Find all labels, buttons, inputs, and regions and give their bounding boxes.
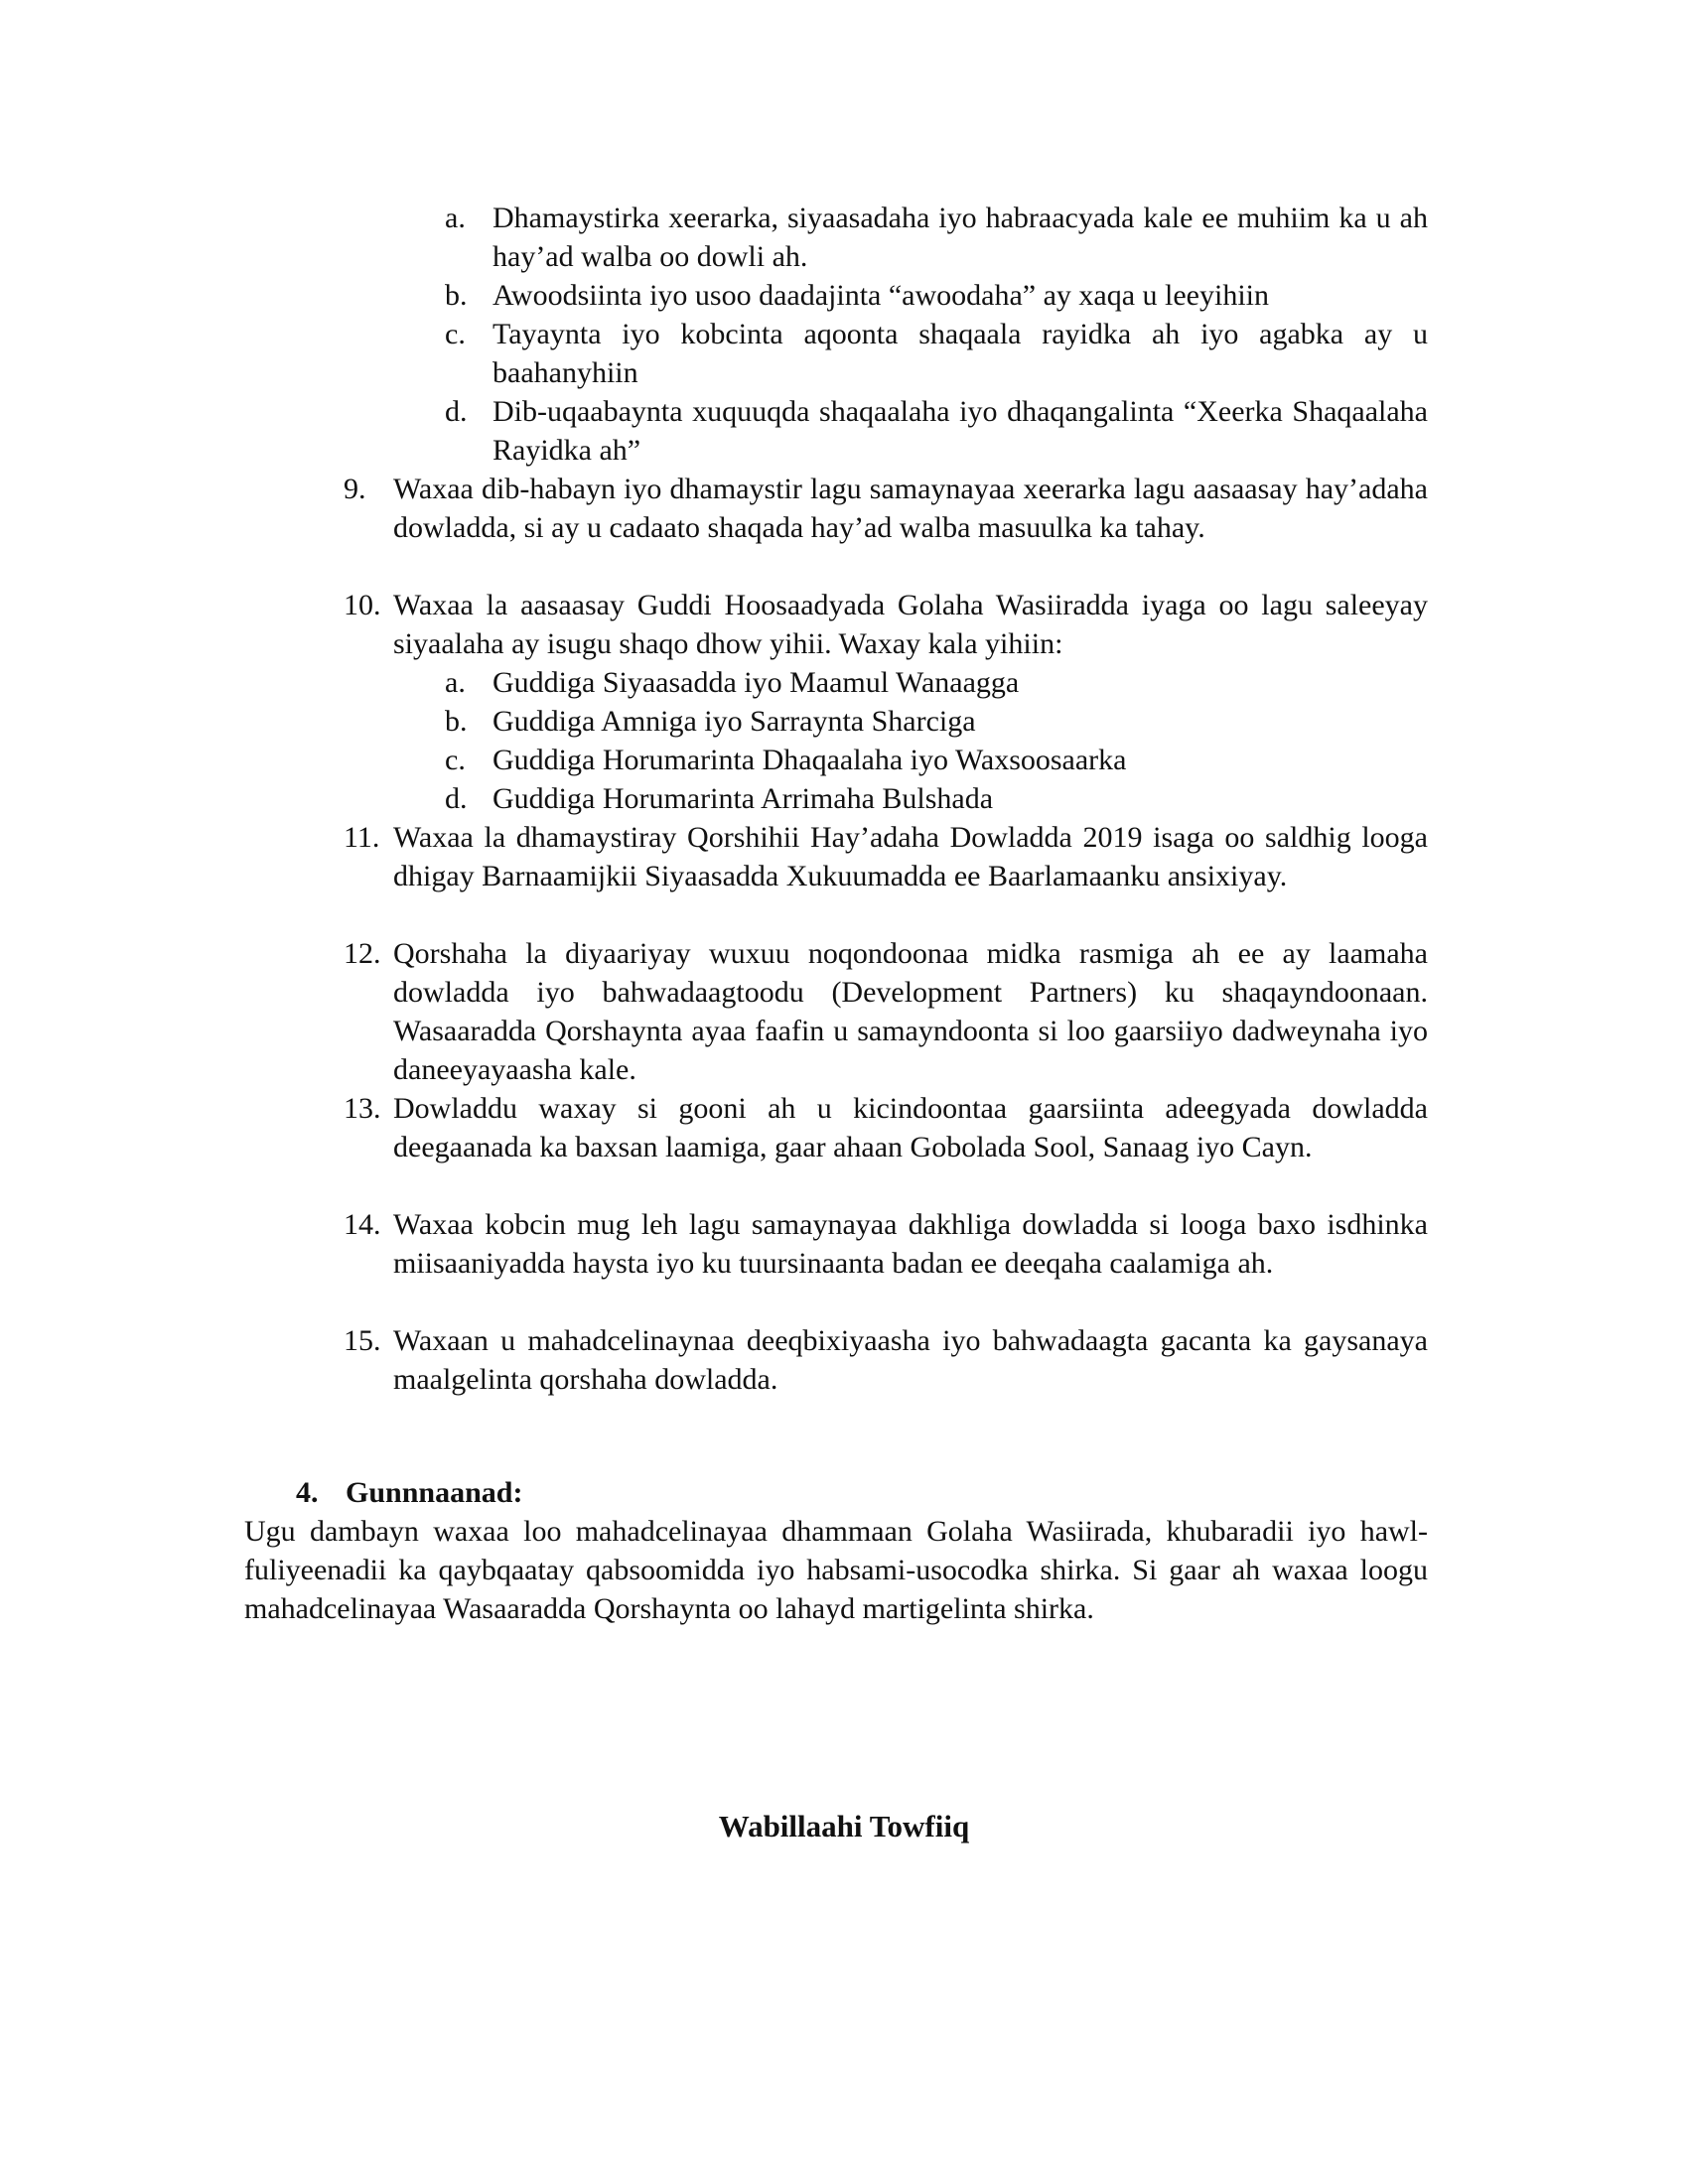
numbered-item: 14. Waxaa kobcin mug leh lagu samaynayaa… bbox=[344, 1205, 1428, 1283]
list-text: Qorshaha la diyaariyay wuxuu noqondoonaa… bbox=[393, 934, 1428, 1089]
list-marker: 9. bbox=[344, 470, 393, 547]
list-marker: a. bbox=[445, 199, 492, 276]
conclusion-paragraph: Ugu dambayn waxaa loo mahadcelinayaa dha… bbox=[244, 1512, 1428, 1628]
list-marker: d. bbox=[445, 779, 492, 818]
list-marker: 12. bbox=[344, 934, 393, 1089]
sublist-item: d. Dib-uqaabaynta xuquuqda shaqaalaha iy… bbox=[445, 392, 1428, 470]
document-page: a. Dhamaystirka xeerarka, siyaasadaha iy… bbox=[0, 0, 1688, 2184]
closing-signature: Wabillaahi Towfiiq bbox=[0, 1809, 1688, 1844]
list-text: Guddiga Amniga iyo Sarraynta Sharciga bbox=[492, 702, 1428, 741]
list-marker: d. bbox=[445, 392, 492, 470]
list-text: Guddiga Horumarinta Dhaqaalaha iyo Waxso… bbox=[492, 741, 1428, 779]
list-marker: 13. bbox=[344, 1089, 393, 1166]
numbered-item: 9. Waxaa dib-habayn iyo dhamaystir lagu … bbox=[344, 470, 1428, 547]
section-title: Gunnnaanad: bbox=[346, 1476, 522, 1509]
numbered-item: 13. Dowladdu waxay si gooni ah u kicindo… bbox=[344, 1089, 1428, 1166]
sublist-item: b. Guddiga Amniga iyo Sarraynta Sharciga bbox=[445, 702, 1428, 741]
list-text: Guddiga Siyaasadda iyo Maamul Wanaagga bbox=[492, 663, 1428, 702]
list-text: Waxaa dib-habayn iyo dhamaystir lagu sam… bbox=[393, 470, 1428, 547]
list-marker: a. bbox=[445, 663, 492, 702]
sublist-item: c. Guddiga Horumarinta Dhaqaalaha iyo Wa… bbox=[445, 741, 1428, 779]
list-text: Tayaynta iyo kobcinta aqoonta shaqaala r… bbox=[492, 315, 1428, 392]
list-marker: 10. bbox=[344, 586, 393, 663]
sublist-item: a. Guddiga Siyaasadda iyo Maamul Wanaagg… bbox=[445, 663, 1428, 702]
list-text: Waxaa la dhamaystiray Qorshihii Hay’adah… bbox=[393, 818, 1428, 895]
list-text: Waxaa la aasaasay Guddi Hoosaadyada Gola… bbox=[393, 586, 1428, 663]
section-heading: 4.Gunnnaanad: bbox=[296, 1473, 522, 1512]
list-marker: b. bbox=[445, 702, 492, 741]
list-text: Waxaan u mahadcelinaynaa deeqbixiyaasha … bbox=[393, 1321, 1428, 1399]
numbered-item: 11. Waxaa la dhamaystiray Qorshihii Hay’… bbox=[344, 818, 1428, 895]
list-marker: c. bbox=[445, 741, 492, 779]
list-text: Guddiga Horumarinta Arrimaha Bulshada bbox=[492, 779, 1428, 818]
list-marker: b. bbox=[445, 276, 492, 315]
list-marker: c. bbox=[445, 315, 492, 392]
section-number: 4. bbox=[296, 1473, 346, 1512]
list-text: Awoodsiinta iyo usoo daadajinta “awoodah… bbox=[492, 276, 1428, 315]
list-marker: 15. bbox=[344, 1321, 393, 1399]
sublist-item: c. Tayaynta iyo kobcinta aqoonta shaqaal… bbox=[445, 315, 1428, 392]
list-marker: 11. bbox=[344, 818, 393, 895]
list-text: Dib-uqaabaynta xuquuqda shaqaalaha iyo d… bbox=[492, 392, 1428, 470]
list-text: Dowladdu waxay si gooni ah u kicindoonta… bbox=[393, 1089, 1428, 1166]
numbered-item: 12. Qorshaha la diyaariyay wuxuu noqondo… bbox=[344, 934, 1428, 1089]
sublist-item: b. Awoodsiinta iyo usoo daadajinta “awoo… bbox=[445, 276, 1428, 315]
sublist-item: d. Guddiga Horumarinta Arrimaha Bulshada bbox=[445, 779, 1428, 818]
list-text: Waxaa kobcin mug leh lagu samaynayaa dak… bbox=[393, 1205, 1428, 1283]
list-text: Dhamaystirka xeerarka, siyaasadaha iyo h… bbox=[492, 199, 1428, 276]
sublist-item: a. Dhamaystirka xeerarka, siyaasadaha iy… bbox=[445, 199, 1428, 276]
numbered-item: 15. Waxaan u mahadcelinaynaa deeqbixiyaa… bbox=[344, 1321, 1428, 1399]
numbered-item: 10. Waxaa la aasaasay Guddi Hoosaadyada … bbox=[344, 586, 1428, 663]
list-marker: 14. bbox=[344, 1205, 393, 1283]
